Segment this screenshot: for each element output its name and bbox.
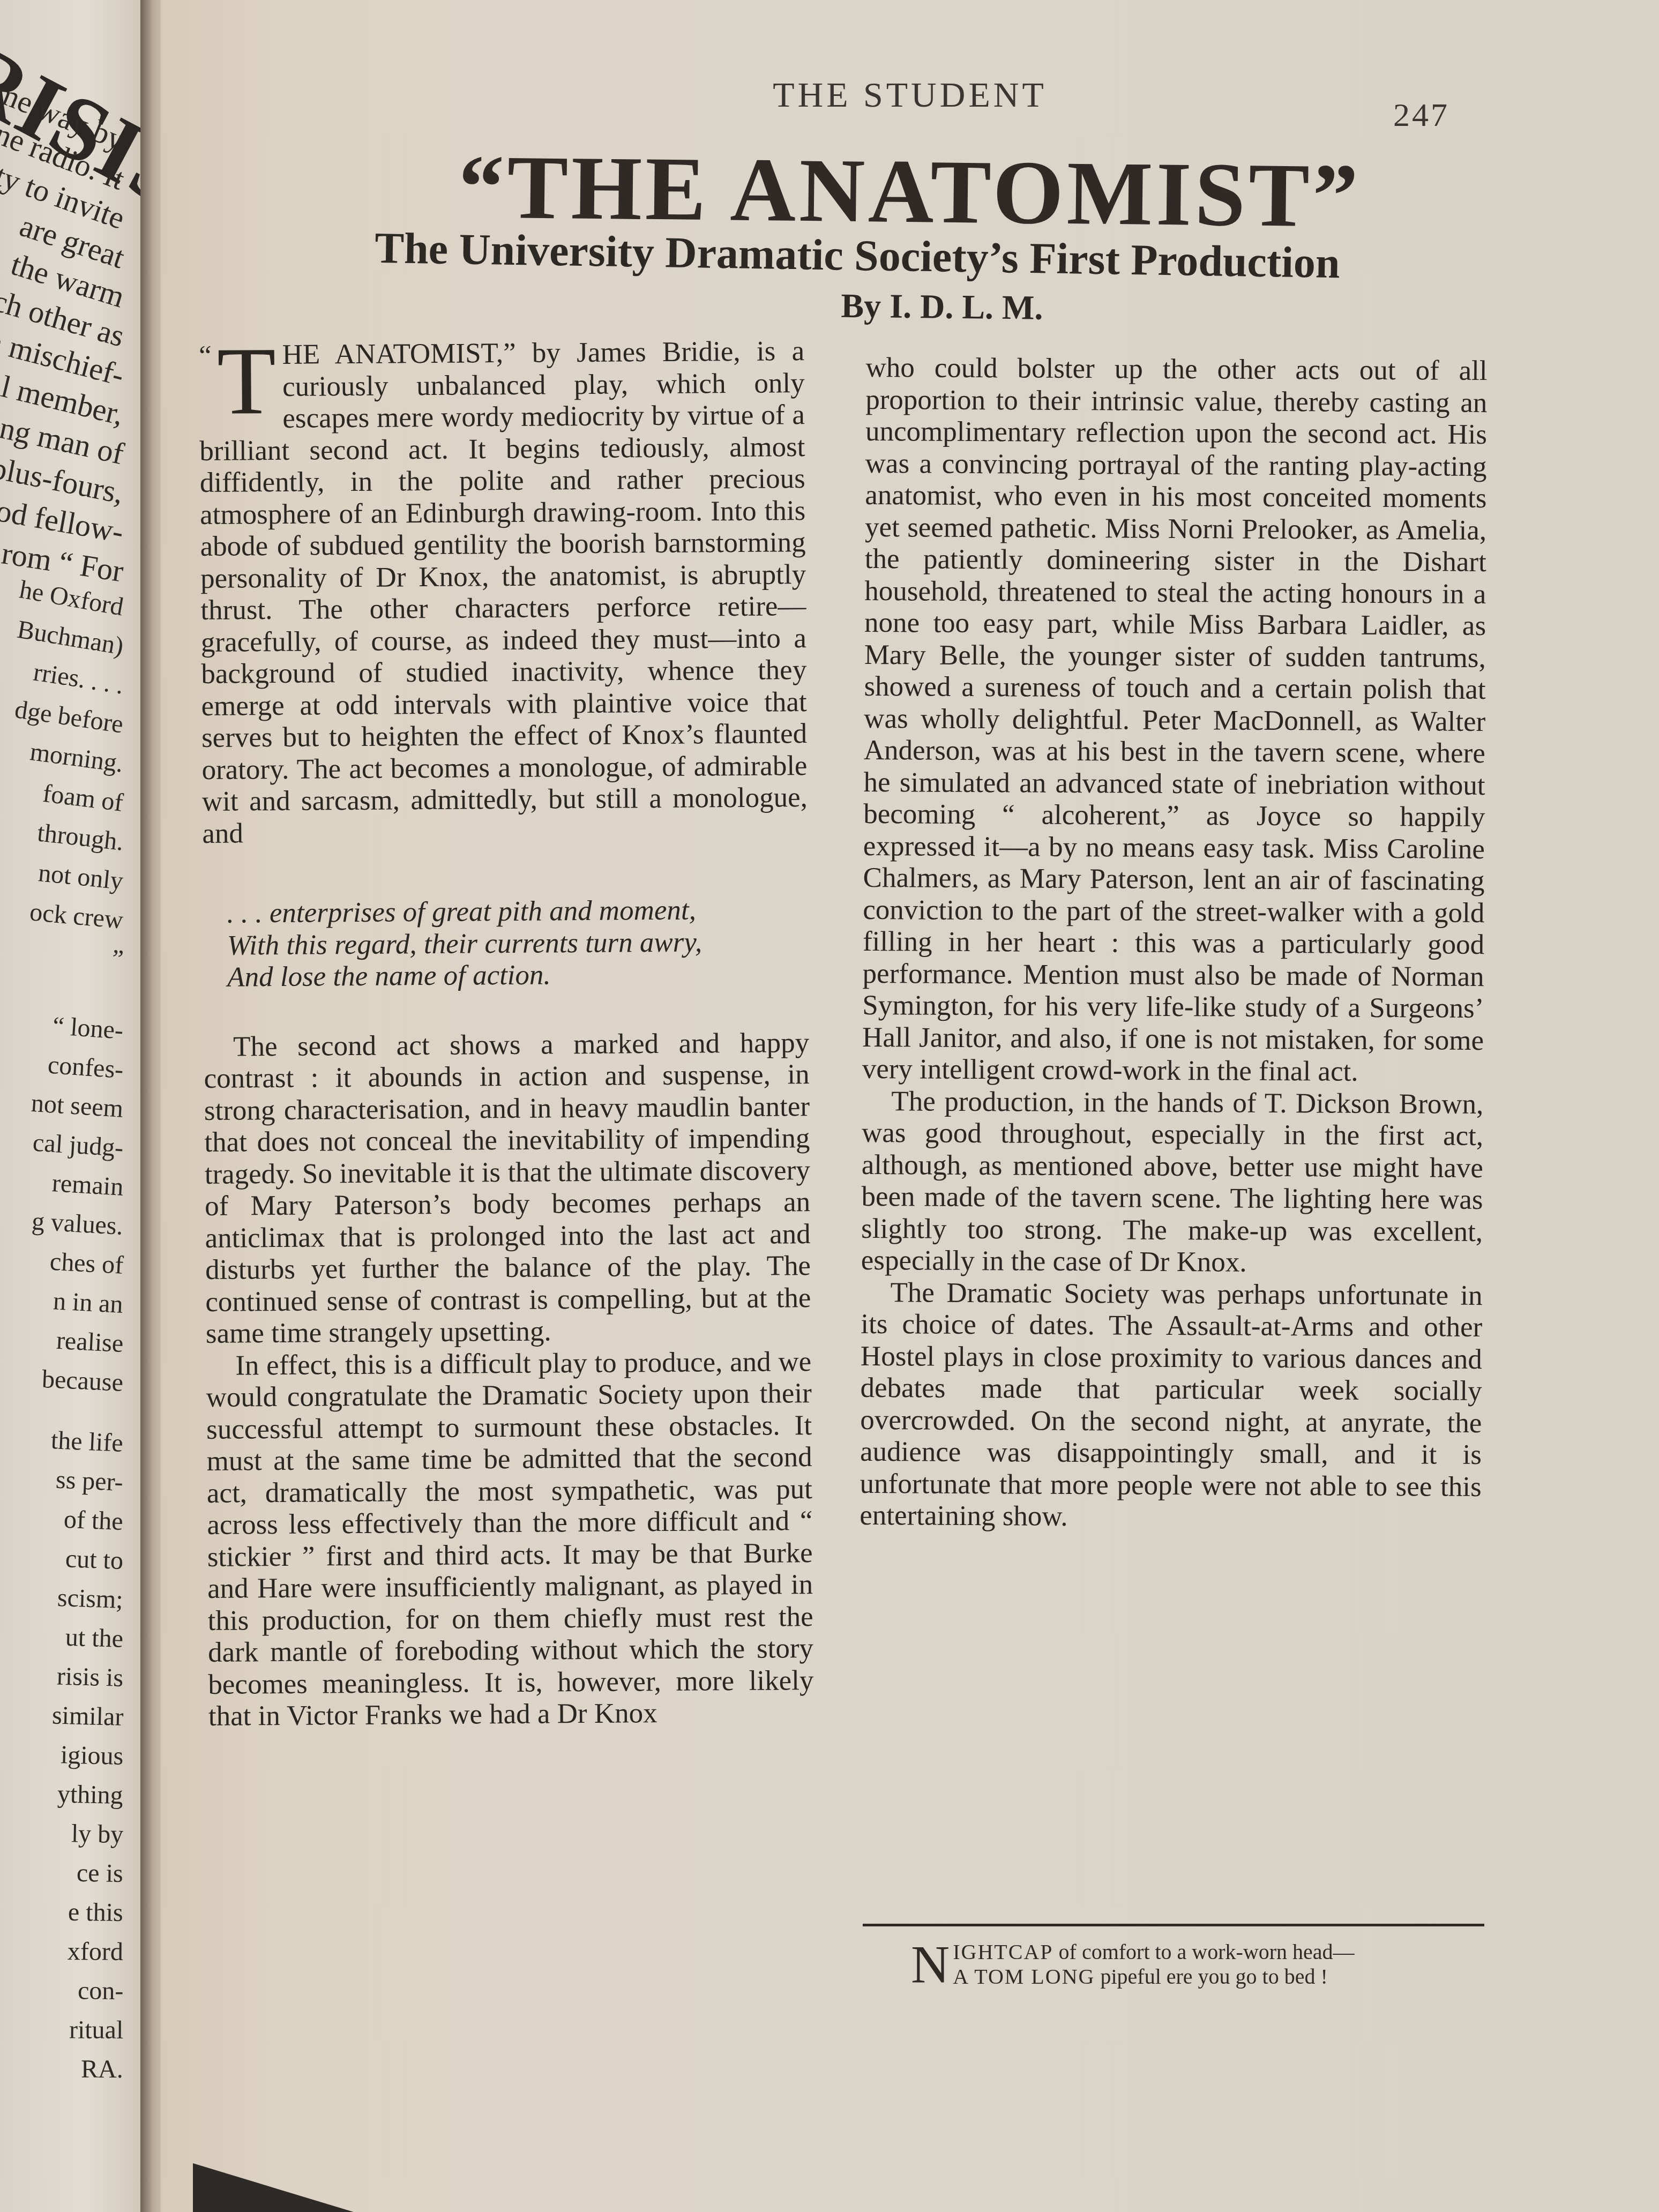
left-page-text-fragment: ything	[57, 1780, 124, 1810]
left-page-text-fragment: realise	[56, 1326, 124, 1358]
drop-cap: T	[217, 343, 276, 419]
paragraph-text: HE ANATOMIST,” by James Bridie, is a cur…	[199, 335, 808, 849]
tobacco-advertisement: N IGHTCAP of comfort to a work-worn head…	[911, 1940, 1447, 1989]
left-page-text-fragment: dge before	[13, 694, 125, 739]
left-page-text-fragment: ches of	[49, 1247, 124, 1280]
ad-line-1: IGHTCAP of comfort to a work-worn head—	[911, 1940, 1447, 1964]
left-page-text-fragment: igious	[60, 1740, 124, 1771]
left-page-text-fragment: similar	[51, 1701, 124, 1732]
left-page-text-fragment: ly by	[71, 1819, 123, 1849]
left-page-text-fragment: xford	[68, 1937, 123, 1967]
left-page-text-fragment: ock crew	[29, 897, 125, 935]
left-page-text-fragment: ut the	[65, 1623, 124, 1654]
left-page-text-fragment: morning.	[28, 737, 125, 779]
left-page-text-fragment: cal judg-	[32, 1128, 124, 1163]
left-page-text-fragment: rries. . . .	[31, 657, 125, 700]
left-page-text-fragment: cut to	[65, 1544, 124, 1575]
left-page-text-fragment: not only	[37, 858, 124, 896]
left-page-text-fragment: risis is	[56, 1662, 124, 1693]
left-page-text-fragment: ce is	[77, 1858, 123, 1888]
left-page-text-fragment: because	[41, 1364, 124, 1398]
quote-line: And lose the name of action.	[227, 958, 809, 993]
left-page-text-fragment: Buchman)	[15, 615, 125, 661]
paragraph: “ T HE ANATOMIST,” by James Bridie, is a…	[199, 335, 808, 850]
left-facing-page: RISIS same way byne radio. Iteity to inv…	[0, 0, 145, 2212]
left-page-text-fragment: the life	[50, 1425, 124, 1458]
paragraph: In effect, this is a difficult play to p…	[206, 1346, 814, 1733]
left-page-text-fragment: scism;	[57, 1583, 123, 1615]
quote-line: With this regard, their currents turn aw…	[227, 926, 809, 962]
shakespeare-quotation: . . . enterprises of great pith and mome…	[227, 894, 809, 993]
left-page-text-fragment: RA.	[81, 2054, 123, 2084]
paragraph: The second act shows a marked and happy …	[204, 1027, 811, 1350]
paragraph: who could bolster up the other acts out …	[862, 352, 1488, 1089]
left-page-text-fragment: remain	[51, 1168, 124, 1202]
left-page-text-fragment: foam of	[41, 779, 125, 818]
left-page-text-fragment: “ lone-	[51, 1011, 124, 1045]
section-divider-rule	[863, 1924, 1484, 1926]
right-column: who could bolster up the other acts out …	[860, 352, 1488, 1535]
left-page-text-fragment: of the	[63, 1505, 124, 1536]
book-cover-edge	[193, 2142, 354, 2212]
paragraph: The production, in the hands of T. Dicks…	[861, 1085, 1484, 1280]
book-page: THE STUDENT 247 “THE ANATOMIST” The Univ…	[161, 0, 1659, 2212]
left-page-text-fragment: ss per-	[55, 1465, 124, 1497]
left-page-text-fragment: through.	[36, 818, 125, 857]
left-column: “ T HE ANATOMIST,” by James Bridie, is a…	[199, 335, 814, 1732]
left-page-text-fragment: con-	[78, 1976, 124, 2006]
left-page-text-fragment: n in an	[53, 1286, 124, 1319]
left-page-text-fragment: e this	[68, 1897, 123, 1927]
paragraph: The Dramatic Society was perhaps unfortu…	[860, 1276, 1482, 1535]
left-page-text-fragment: ritual	[69, 2015, 124, 2045]
quote-line: . . . enterprises of great pith and mome…	[227, 894, 808, 930]
ad-initial: N	[911, 1940, 950, 1989]
opening-quote-mark: “	[199, 340, 212, 372]
left-page-text-fragment: confes-	[47, 1050, 124, 1085]
ad-line-2: A TOM LONG pipeful ere you go to bed !	[911, 1964, 1447, 1989]
left-page-text-fragment: ”	[111, 944, 125, 974]
left-page-text-fragment: g values.	[31, 1206, 124, 1241]
left-page-text-fragment: not seem	[31, 1088, 124, 1124]
page-number: 247	[1393, 96, 1449, 134]
